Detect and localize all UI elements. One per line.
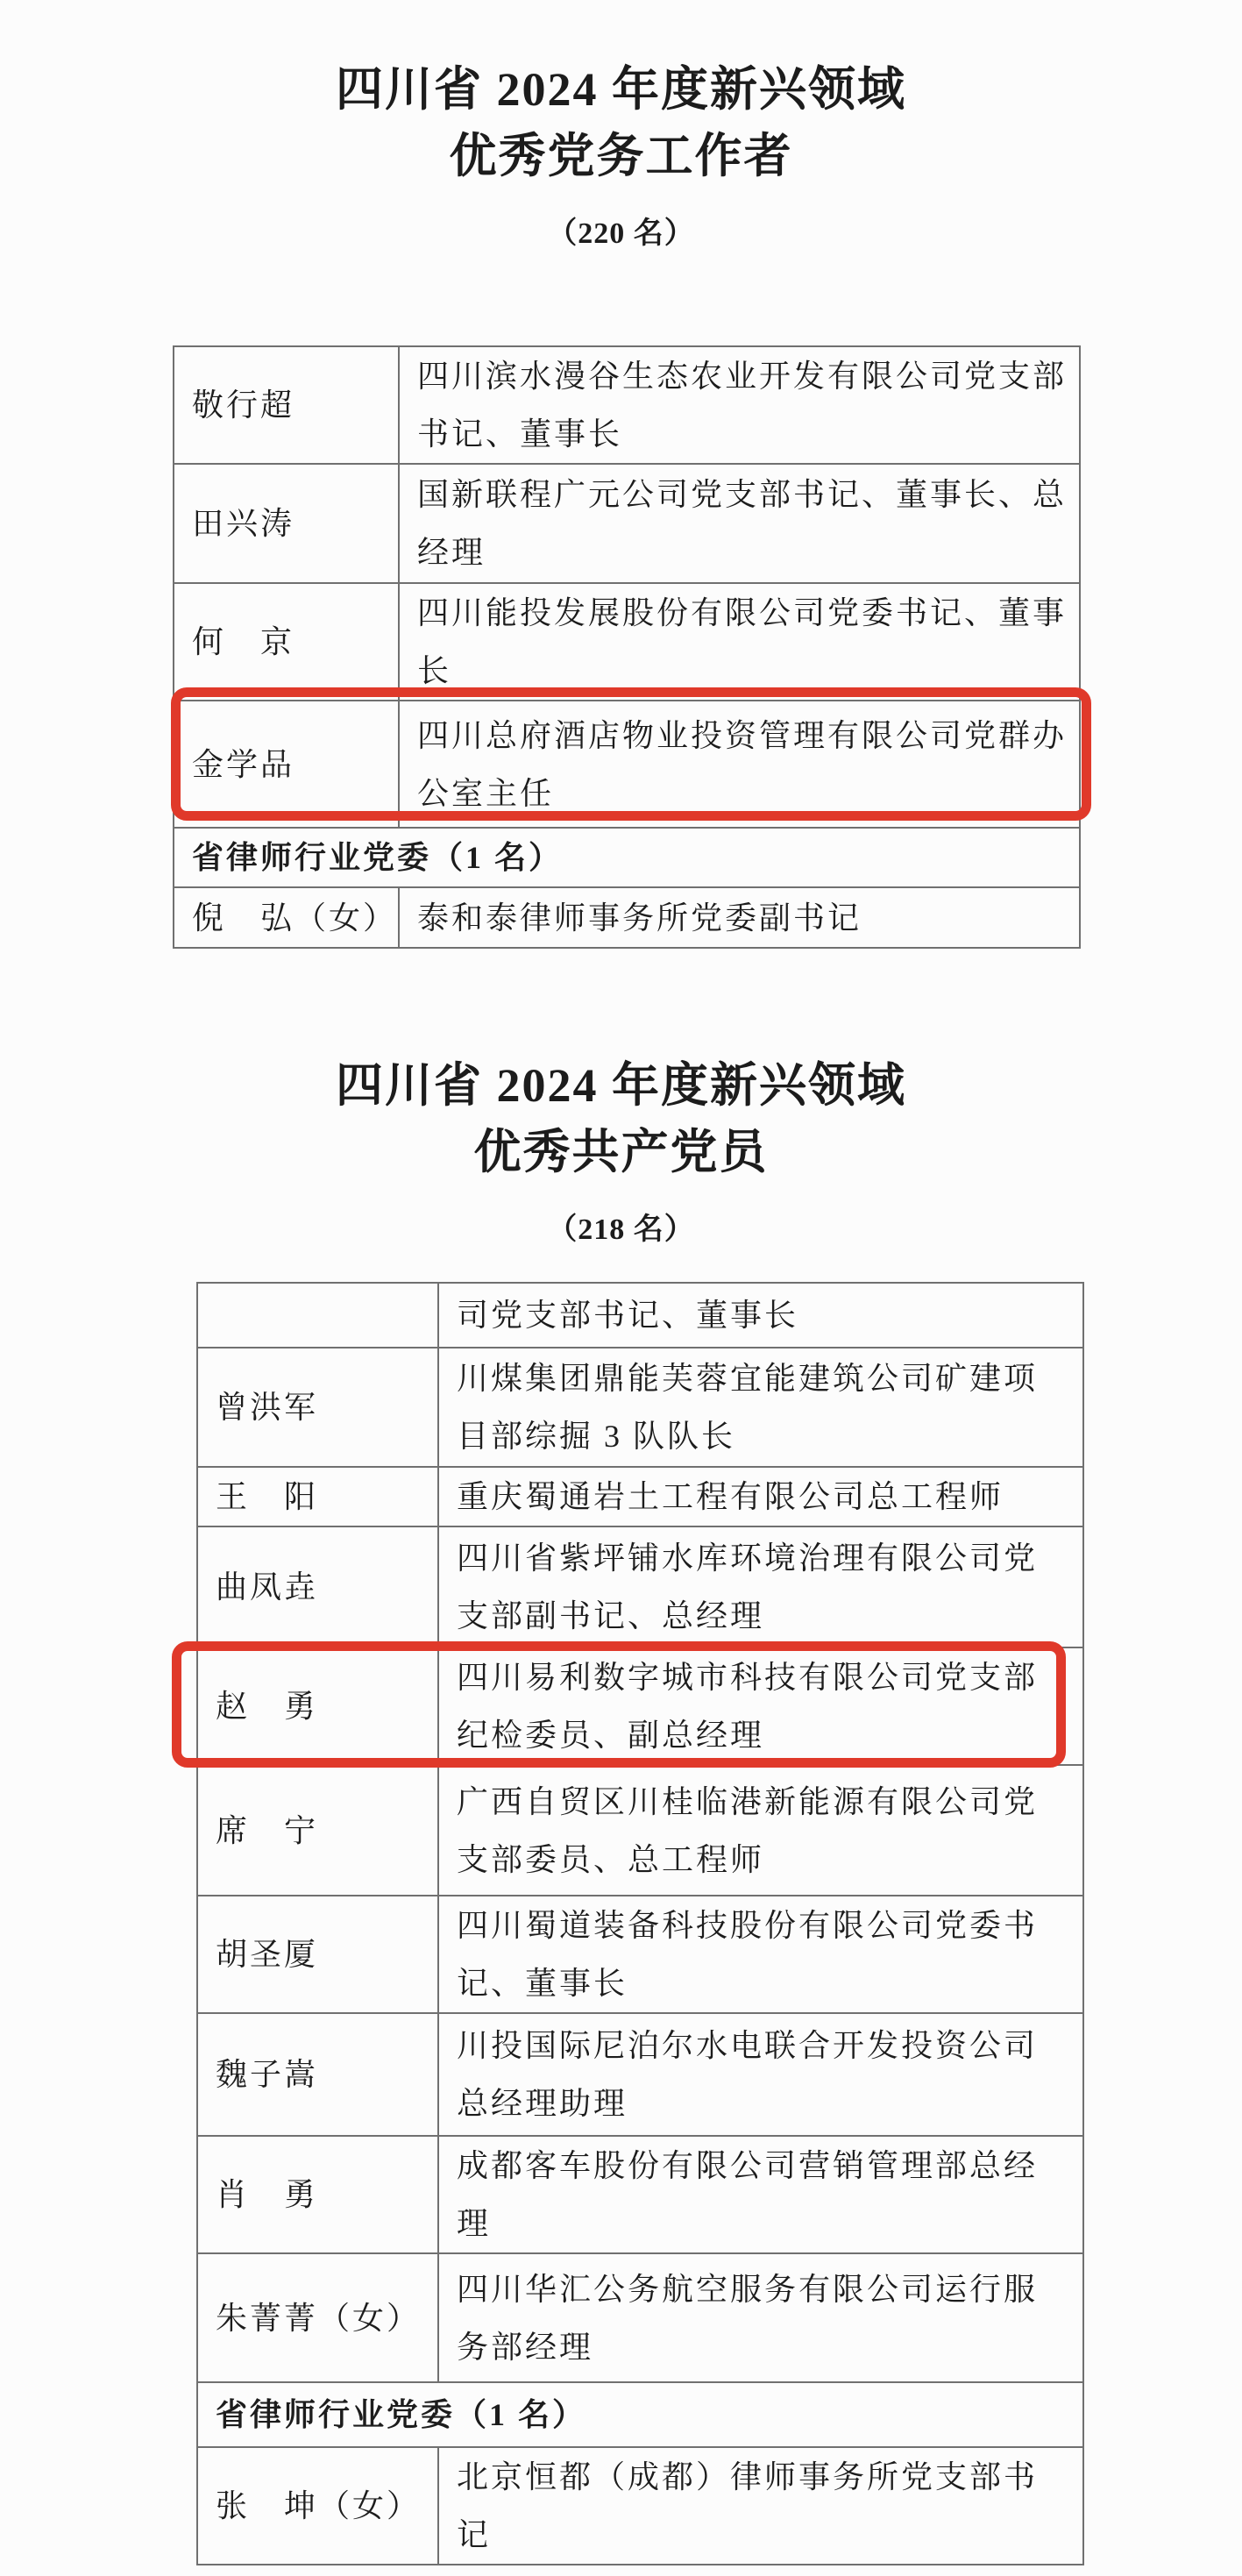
desc-cell: 川投国际尼泊尔水电联合开发投资公司 总经理助理: [438, 2013, 1083, 2136]
award-table-1: 敬行超 四川滨水漫谷生态农业开发有限公司党支部 书记、董事长 田兴涛 国新联程广…: [173, 345, 1081, 949]
table2-row-weizisong: 魏子嵩 川投国际尼泊尔水电联合开发投资公司 总经理助理: [197, 2013, 1083, 2136]
name-cell: 赵 勇: [197, 1647, 438, 1765]
table2-row-qufengyao: 曲凤垚 四川省紫坪铺水库环境治理有限公司党 支部副书记、总经理: [197, 1526, 1083, 1647]
table2-row-xiaoyong: 肖 勇 成都客车股份有限公司营销管理部总经 理: [197, 2136, 1083, 2253]
name-cell: 胡圣厦: [197, 1896, 438, 2013]
table1-row-jingxingchao: 敬行超 四川滨水漫谷生态农业开发有限公司党支部 书记、董事长: [174, 346, 1080, 464]
list2-title-line2: 优秀共产党员: [0, 1119, 1242, 1185]
table2-row-zenghongjun: 曾洪军 川煤集团鼎能芙蓉宜能建筑公司矿建项 目部综掘 3 队队长: [197, 1348, 1083, 1467]
name-cell: 魏子嵩: [197, 2013, 438, 2136]
name-cell: 田兴涛: [174, 464, 399, 583]
table2-row-zhangkun: 张 坤（女） 北京恒都（成都）律师事务所党支部书 记: [197, 2447, 1083, 2565]
name-cell: 敬行超: [174, 346, 399, 464]
table2-row-xining: 席 宁 广西自贸区川桂临港新能源有限公司党 支部委员、总工程师: [197, 1765, 1083, 1896]
name-cell: 朱菁菁（女）: [197, 2253, 438, 2382]
desc-cell: 四川蜀道装备科技股份有限公司党委书 记、董事长: [438, 1896, 1083, 2013]
table2-row-zhaoyong-highlighted: 赵 勇 四川易利数字城市科技有限公司党支部 纪检委员、副总经理: [197, 1647, 1083, 1765]
desc-cell: 国新联程广元公司党支部书记、董事长、总 经理: [399, 464, 1080, 583]
table1-row-jinxuepin-highlighted: 金学品 四川总府酒店物业投资管理有限公司党群办 公室主任: [174, 701, 1080, 828]
desc-cell: 四川易利数字城市科技有限公司党支部 纪检委员、副总经理: [438, 1647, 1083, 1765]
list1-title-block: 四川省 2024 年度新兴领域 优秀党务工作者 （220 名）: [0, 56, 1242, 252]
desc-cell: 重庆蜀通岩土工程有限公司总工程师: [438, 1467, 1083, 1526]
table1-row-nihong: 倪 弘（女） 泰和泰律师事务所党委副书记: [174, 887, 1080, 948]
list1-table: 敬行超 四川滨水漫谷生态农业开发有限公司党支部 书记、董事长 田兴涛 国新联程广…: [173, 345, 1081, 949]
desc-cell: 四川能投发展股份有限公司党委书记、董事 长: [399, 583, 1080, 701]
list1-title-line2: 优秀党务工作者: [0, 123, 1242, 189]
desc-cell: 四川总府酒店物业投资管理有限公司党群办 公室主任: [399, 701, 1080, 828]
list1-title-line1: 四川省 2024 年度新兴领域: [0, 56, 1242, 123]
document-page: 四川省 2024 年度新兴领域 优秀党务工作者 （220 名） 敬行超 四川滨水…: [0, 0, 1242, 2576]
section-header-lawyers: 省律师行业党委（1 名）: [174, 828, 1080, 887]
desc-cell: 成都客车股份有限公司营销管理部总经 理: [438, 2136, 1083, 2253]
name-cell: 何 京: [174, 583, 399, 701]
name-cell: 王 阳: [197, 1467, 438, 1526]
table1-section-row: 省律师行业党委（1 名）: [174, 828, 1080, 887]
table2-row-continuation: 司党支部书记、董事长: [197, 1283, 1083, 1348]
desc-cell: 司党支部书记、董事长: [438, 1283, 1083, 1348]
table2-row-wangyang: 王 阳 重庆蜀通岩土工程有限公司总工程师: [197, 1467, 1083, 1526]
name-cell: 张 坤（女）: [197, 2447, 438, 2565]
name-cell-empty: [197, 1283, 438, 1348]
name-cell: 倪 弘（女）: [174, 887, 399, 948]
desc-cell: 四川华汇公务航空服务有限公司运行服 务部经理: [438, 2253, 1083, 2382]
table1-row-hejing: 何 京 四川能投发展股份有限公司党委书记、董事 长: [174, 583, 1080, 701]
name-cell: 席 宁: [197, 1765, 438, 1896]
name-cell: 曾洪军: [197, 1348, 438, 1467]
section-header-lawyers: 省律师行业党委（1 名）: [197, 2382, 1083, 2447]
name-cell: 金学品: [174, 701, 399, 828]
desc-cell: 川煤集团鼎能芙蓉宜能建筑公司矿建项 目部综掘 3 队队长: [438, 1348, 1083, 1467]
list2-count: （218 名）: [0, 1205, 1242, 1248]
list2-title-line1: 四川省 2024 年度新兴领域: [0, 1052, 1242, 1119]
desc-cell: 泰和泰律师事务所党委副书记: [399, 887, 1080, 948]
award-table-2: 司党支部书记、董事长 曾洪军 川煤集团鼎能芙蓉宜能建筑公司矿建项 目部综掘 3 …: [196, 1282, 1084, 2565]
table2-row-hushengsha: 胡圣厦 四川蜀道装备科技股份有限公司党委书 记、董事长: [197, 1896, 1083, 2013]
list1-count: （220 名）: [0, 209, 1242, 252]
desc-cell: 四川滨水漫谷生态农业开发有限公司党支部 书记、董事长: [399, 346, 1080, 464]
list2-title-block: 四川省 2024 年度新兴领域 优秀共产党员 （218 名）: [0, 1052, 1242, 1248]
desc-cell: 四川省紫坪铺水库环境治理有限公司党 支部副书记、总经理: [438, 1526, 1083, 1647]
table1-row-tianxingtao: 田兴涛 国新联程广元公司党支部书记、董事长、总 经理: [174, 464, 1080, 583]
table2-section-row: 省律师行业党委（1 名）: [197, 2382, 1083, 2447]
desc-cell: 北京恒都（成都）律师事务所党支部书 记: [438, 2447, 1083, 2565]
name-cell: 曲凤垚: [197, 1526, 438, 1647]
desc-cell: 广西自贸区川桂临港新能源有限公司党 支部委员、总工程师: [438, 1765, 1083, 1896]
list2-table: 司党支部书记、董事长 曾洪军 川煤集团鼎能芙蓉宜能建筑公司矿建项 目部综掘 3 …: [196, 1282, 1084, 2565]
table2-row-zhujingjing: 朱菁菁（女） 四川华汇公务航空服务有限公司运行服 务部经理: [197, 2253, 1083, 2382]
name-cell: 肖 勇: [197, 2136, 438, 2253]
